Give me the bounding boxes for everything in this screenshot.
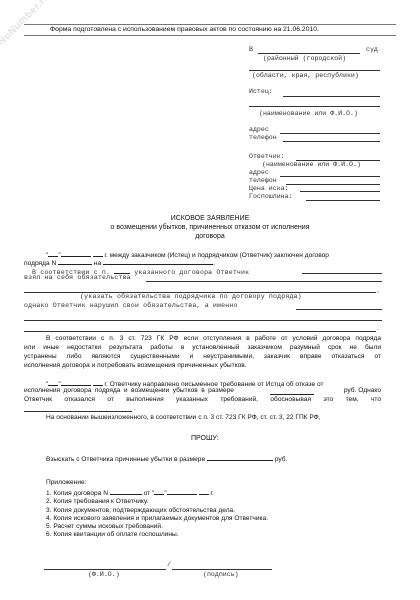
court-prefix: В	[249, 46, 253, 54]
defendant-address-label: адрес	[249, 169, 269, 177]
attachment-item-4: 4. Копия искового заявления и прилагаемы…	[46, 515, 268, 523]
attachment-item-5: 5. Расчет суммы исковых требований.	[46, 523, 268, 531]
month-field[interactable]	[61, 249, 91, 257]
attachments-heading: Приложение:	[46, 479, 268, 487]
court-name-field[interactable]	[258, 53, 360, 54]
attachment-item-1: 1. Копия договора N от "" г.	[46, 487, 268, 498]
year-field[interactable]	[93, 249, 103, 257]
signature-sign-field[interactable]	[172, 569, 272, 570]
title-block: ИСКОВОЕ ЗАЯВЛЕНИЕ о возмещении убытков, …	[60, 214, 360, 241]
signature-sign-hint: (подпись)	[203, 571, 239, 579]
p2-hint: (указать обязательства подрядчика по дог…	[80, 293, 302, 301]
plaintiff-label: Истец:	[249, 88, 273, 96]
defendant-name-field[interactable]	[302, 273, 382, 274]
defendant-phone-label: телефон	[249, 177, 277, 185]
attachment-day-field[interactable]	[154, 487, 164, 495]
clause-number-field[interactable]	[114, 266, 130, 274]
p4-line2: исполнения договора подряда и возмещении…	[24, 387, 381, 395]
title-sub-line2: договора	[60, 232, 360, 241]
attachment-item-6: 6. Копия квитанции об оплате госпошлины.	[46, 531, 268, 539]
p4-line3: Ответчик отказался от выполнения указанн…	[24, 396, 381, 405]
defendant-address-field[interactable]	[280, 176, 380, 177]
plaintiff-field-2[interactable]	[249, 106, 380, 107]
header-notice: Форма подготовлена с использованием прав…	[50, 26, 319, 34]
plaintiff-phone-field[interactable]	[283, 141, 380, 142]
request-text: Взыскать с Ответчика причинные убытки в …	[46, 453, 287, 464]
p5: На основании вышеизложенного, в соответс…	[46, 414, 321, 422]
p3-line2: или иные недостатки результата работы в …	[24, 344, 381, 353]
demand-month-field[interactable]	[61, 378, 91, 386]
defendant-hint: (наименование или Ф.И.О.)	[262, 161, 361, 169]
damages-amount-field[interactable]	[207, 453, 273, 461]
demand-day-field[interactable]	[48, 378, 58, 386]
header-notice-bar: Форма подготовлена с использованием прав…	[24, 24, 396, 36]
justification-field[interactable]	[24, 411, 132, 412]
contract-subject-field[interactable]	[103, 257, 213, 265]
plaintiff-address-label: адрес	[249, 126, 269, 134]
attachment-contract-number-field[interactable]	[110, 487, 142, 495]
claim-price-label: Цена иска:	[249, 185, 289, 193]
court-hint: (районный (городской)	[263, 55, 346, 63]
defendant-label: Ответчик:	[249, 153, 285, 161]
state-fee-field[interactable]	[306, 200, 380, 201]
title-main: ИСКОВОЕ ЗАЯВЛЕНИЕ	[60, 214, 360, 223]
damages-demand-field[interactable]	[270, 387, 314, 395]
attachment-item-3: 3. Копия документов, подтверждающих обст…	[46, 507, 268, 515]
state-fee-label: Госпошлина:	[249, 193, 293, 201]
signature-separator: /	[167, 561, 171, 569]
p2-line2: взял на себя обязательства	[24, 274, 131, 282]
violation-field-3[interactable]	[24, 331, 376, 332]
court-suffix: суд	[366, 46, 378, 54]
violation-field[interactable]	[296, 309, 382, 310]
claim-price-field[interactable]	[300, 191, 380, 192]
attachment-item-2: 2. Копия требования к Ответчику.	[46, 498, 268, 506]
demand-year-field[interactable]	[93, 378, 103, 386]
plaintiff-field[interactable]	[283, 96, 380, 97]
day-field[interactable]	[48, 249, 58, 257]
plaintiff-address-field[interactable]	[280, 133, 380, 134]
signature-name-hint: (Ф.И.О.)	[88, 571, 120, 579]
signature-name-field[interactable]	[44, 569, 166, 570]
title-sub-line1: о возмещении убытков, причиненных отказо…	[60, 223, 360, 232]
p3-line3: устранены либо являются существенными и …	[24, 353, 381, 362]
p3-line4: исполнения договора и потребовать возмещ…	[24, 362, 247, 370]
obligations-field[interactable]	[146, 281, 382, 282]
violation-field-2[interactable]	[24, 320, 382, 321]
attachment-year-field[interactable]	[199, 487, 209, 495]
request-heading: ПРОШУ:	[191, 435, 219, 443]
p2-line4: однако Ответчик нарушил свои обязательст…	[24, 302, 238, 310]
plaintiff-hint: (наименование или Ф.И.О.)	[259, 110, 358, 118]
contract-number-field[interactable]	[58, 257, 92, 265]
plaintiff-phone-label: телефон	[249, 134, 277, 142]
defendant-phone-field[interactable]	[286, 184, 380, 185]
p3-line1: В соответствии с п. 3 ст. 723 ГК РФ если…	[24, 335, 381, 344]
attachments: Приложение: 1. Копия договора N от "" г.…	[46, 479, 268, 539]
region-hint: (области, края, республики)	[252, 72, 359, 80]
region-field[interactable]	[249, 70, 380, 71]
attachment-month-field[interactable]	[167, 487, 197, 495]
